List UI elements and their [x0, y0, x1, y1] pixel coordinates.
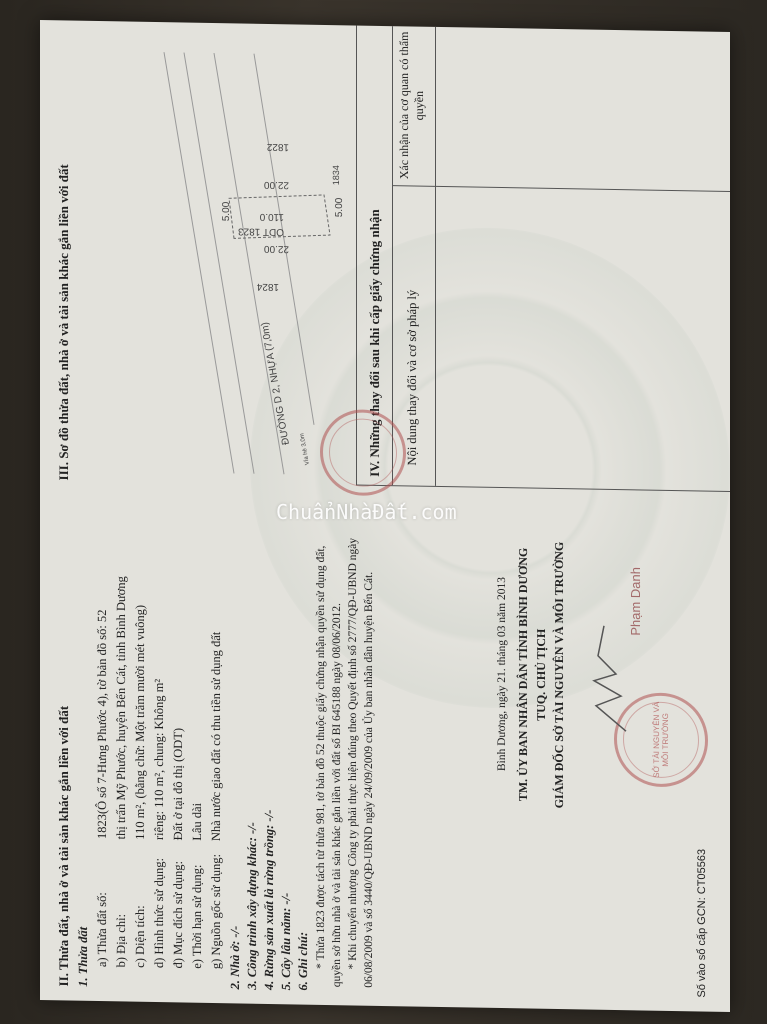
dim-front: 5.00 [221, 201, 232, 221]
field-label: b) Địa chỉ: [112, 839, 131, 967]
parcel-field: đ) Mục đích sử dụng: Đất ở tại đô thị (O… [169, 518, 188, 988]
item-value: -/- [245, 822, 259, 834]
authority-confirmation-cell [436, 26, 730, 191]
signature-block: Bình Dương, ngày 21. tháng 03 năm 2013 T… [496, 524, 643, 827]
section-item: 4. Rừng sản xuất là rừng trồng: -/- [262, 520, 277, 990]
item-value: -/- [228, 926, 242, 938]
note-line: * Thửa 1823 được tách từ thửa 981, tờ bả… [313, 521, 345, 988]
field-label: d) Hình thức sử dụng: [150, 840, 169, 968]
field-value: Lâu dài [188, 803, 207, 841]
section-item: 5. Cây lâu năm: -/- [279, 520, 294, 990]
item-label: 4. Rừng sản xuất là rừng trồng: [262, 825, 276, 991]
section-3-title: III. Sơ đồ thửa đất, nhà ở và tài sản kh… [56, 20, 72, 480]
parcel-heading: 1. Thửa đất [76, 517, 91, 987]
field-label: đ) Mục đích sử dụng: [169, 840, 188, 968]
road-label: ĐƯỜNG D 2, NHỰA (7,0m) [258, 321, 292, 446]
field-label: c) Diện tích: [131, 840, 150, 968]
issue-date: Bình Dương, ngày 21. tháng 03 năm 2013 [496, 524, 508, 824]
neighbor-back: 1834 [331, 165, 341, 185]
field-value: 1823(Ô số 7-Hưng Phước 4) [93, 696, 112, 839]
parcel-diagram: ĐƯỜNG D 2, NHỰA (7,0m) Vỉa hè 3,0m ODT 1… [84, 41, 344, 486]
border-stamp [320, 409, 406, 497]
section-item: 2. Nhà ở: -/- [228, 519, 243, 989]
field-extra: , tờ bản đồ số: 52 [93, 609, 112, 696]
field-value: Nhà nước giao đất có thu tiền sử dụng đấ… [207, 632, 226, 842]
parcel-field: a) Thửa đất số: 1823(Ô số 7-Hưng Phước 4… [93, 517, 112, 987]
section-2-title: II. Thửa đất, nhà ở và tài sản khác gắn … [56, 516, 72, 986]
change-content-cell [436, 186, 730, 491]
col-authority-confirmation: Xác nhận của cơ quan có thẩm quyền [393, 25, 435, 186]
field-value: thị trấn Mỹ Phước, huyện Bến Cát, tỉnh B… [112, 576, 131, 840]
field-value: riêng: 110 m² [150, 773, 169, 841]
field-label: a) Thửa đất số: [93, 839, 112, 967]
item-value: -/- [262, 810, 276, 822]
parcel-field: d) Hình thức sử dụng: riêng: 110 m² , ch… [150, 518, 169, 988]
notes: * Thửa 1823 được tách từ thửa 981, tờ bả… [313, 521, 377, 992]
neighbor-right: 1824 [256, 281, 279, 292]
parcel-field: e) Thời hạn sử dụng: Lâu dài [188, 519, 207, 989]
dim-bottom: 22.00 [264, 179, 289, 190]
signature-scribble [586, 616, 636, 737]
dim-back: 5.00 [334, 197, 344, 217]
section-item: 6. Ghi chú: [296, 520, 311, 990]
section-3-4: III. Sơ đồ thửa đất, nhà ở và tài sản kh… [56, 20, 716, 492]
item-label: 3. Công trình xây dựng khác: [245, 837, 259, 990]
item-label: 2. Nhà ở: [228, 941, 242, 990]
org-line-1: TM. ỦY BAN NHÂN DÂN TỈNH BÌNH DƯƠNG [514, 524, 532, 824]
field-value: Đất ở tại đô thị (ODT) [169, 728, 188, 841]
dim-top: 22.00 [264, 243, 289, 254]
note-line: * Khi chuyển nhượng Công ty phải thực hi… [345, 521, 377, 988]
changes-table: IV. Những thay đổi sau khi cấp giấy chứn… [356, 24, 730, 493]
field-extra: , chung: Không m² [150, 679, 169, 773]
parcel-field: b) Địa chỉ: thị trấn Mỹ Phước, huyện Bến… [112, 517, 131, 987]
field-value: 110 m², (bằng chữ: Một trăm mười mét vuô… [131, 605, 150, 840]
stamp-text: SỞ TÀI NGUYÊN VÀ MÔI TRƯỜNG [652, 696, 670, 784]
org-line-3: GIÁM ĐỐC SỞ TÀI NGUYÊN VÀ MÔI TRƯỜNG [550, 525, 568, 825]
org-line-2: TUQ. CHỦ TỊCH [532, 525, 550, 825]
item-value: -/- [279, 893, 293, 905]
parcel-field: c) Diện tích: 110 m², (bằng chữ: Một tră… [131, 518, 150, 988]
road-sidewalk: Vỉa hè 3,0m [299, 433, 311, 466]
item-label: 6. Ghi chú: [296, 932, 310, 991]
parcel-area: 110.0 [259, 211, 284, 222]
field-label: e) Thời hạn sử dụng: [188, 841, 207, 969]
parcel-field: g) Nguồn gốc sử dụng: Nhà nước giao đất … [207, 519, 226, 989]
site-watermark: ChuẩnNhàĐất.com [276, 500, 457, 524]
section-item: 3. Công trình xây dựng khác: -/- [245, 520, 260, 990]
item-label: 5. Cây lâu năm: [279, 908, 293, 991]
certificate-serial: Số vào sổ cấp GCN: CT05563 [696, 849, 708, 998]
neighbor-left: 1822 [266, 141, 289, 152]
field-label: g) Nguồn gốc sử dụng: [207, 841, 226, 969]
parcel-label: ODT 1823 [238, 225, 284, 237]
section-2: II. Thửa đất, nhà ở và tài sản khác gắn … [56, 516, 716, 998]
